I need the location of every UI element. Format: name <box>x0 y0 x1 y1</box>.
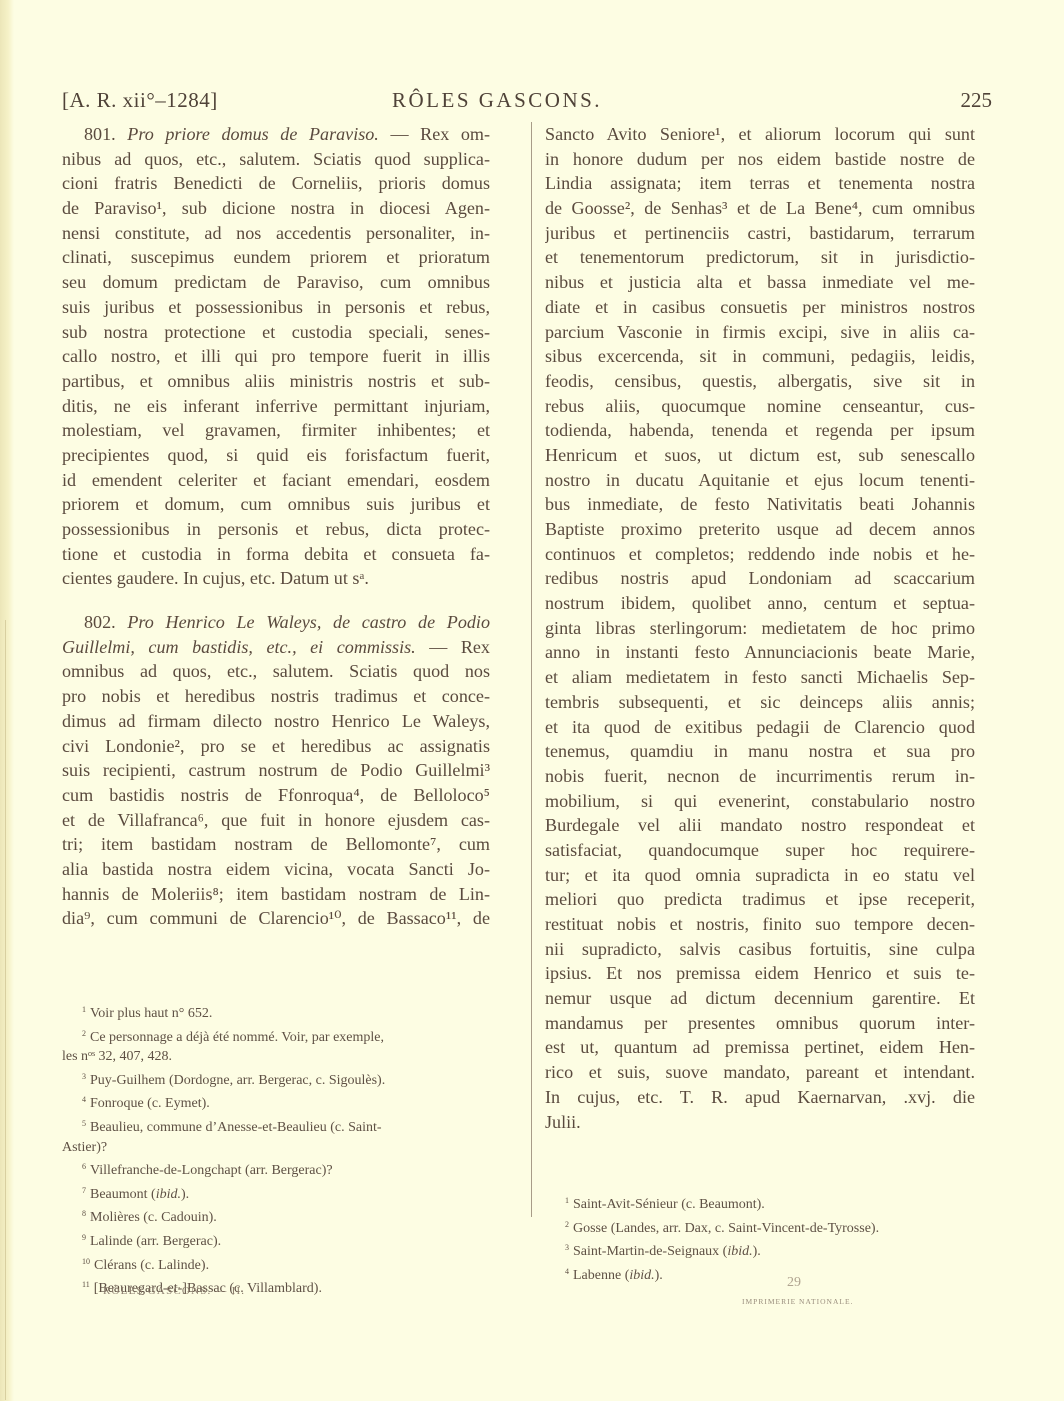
footnote-mark: 7 <box>82 1186 86 1195</box>
footnote-mark: 2 <box>82 1029 86 1038</box>
footnote-text: Lalinde (arr. Bergerac). <box>90 1234 221 1249</box>
footnote-cont: Astier)? <box>62 1138 490 1158</box>
text-line: juribus et pertinenciis castri, bastidar… <box>545 221 975 246</box>
footnote-text: Villefranche-de-Longchapt (arr. Bergerac… <box>90 1163 333 1178</box>
text-line: parcium Vasconie in firmis excipi, sive … <box>545 320 975 345</box>
text-line: nemur usque ad dictum decennium garentir… <box>545 986 975 1011</box>
text-line: dimus ad firmam dilecto nostro Henrico L… <box>62 709 490 734</box>
text-line: ginta libras sterlingorum: medietatem de… <box>545 616 975 641</box>
footnote: 8Molières (c. Cadouin). <box>62 1204 490 1228</box>
signature-mark: RÔLES GASCONS. — II. <box>103 1285 245 1297</box>
text-line: civi Londonie², pro se et heredibus ac a… <box>62 734 490 759</box>
text-line: restituat nobis et nostris, finito suo t… <box>545 912 975 937</box>
text-line: et tenementorum predictorum, sit in juri… <box>545 245 975 270</box>
text-line: tenemus, quamdiu in manu nostra et sua p… <box>545 739 975 764</box>
text-line: est ut, quantum ad premissa pertinet, ei… <box>545 1035 975 1060</box>
entry-title: Pro priore domus de Paraviso. <box>127 124 379 144</box>
footnote-text: Labenne ( <box>573 1268 629 1283</box>
text-line: nostro in ducatu Aquitanie et ejus locum… <box>545 468 975 493</box>
footnote: 3Saint-Martin-de-Seignaux (ibid.). <box>545 1238 975 1262</box>
text-line: et ita quod de exitibus pedagii de Clare… <box>545 715 975 740</box>
footnote-mark: 10 <box>82 1257 90 1266</box>
footnote-mark: 3 <box>82 1072 86 1081</box>
page-edge-shadow <box>0 0 14 1401</box>
text-line: — Rex om- <box>390 124 490 144</box>
text-line: Lindia assignata; item terras et tenemen… <box>545 171 975 196</box>
text-line: possessionibus in personis et rebus, dic… <box>62 517 490 542</box>
footnote-mark: 1 <box>82 1005 86 1014</box>
text-line: todienda, habenda, tenenda et regenda pe… <box>545 418 975 443</box>
footnote-mark: 1 <box>565 1196 569 1205</box>
footnote: 6Villefranche-de-Longchapt (arr. Bergera… <box>62 1157 490 1181</box>
footnote-text: Gosse (Landes, arr. Dax, c. Saint-Vincen… <box>573 1221 879 1236</box>
text-line: nostrum ibidem, quolibet anno, centum et… <box>545 591 975 616</box>
footnote-text: Voir plus haut n° 652. <box>90 1006 212 1021</box>
text-line: — Rex <box>429 637 490 657</box>
text-line: nobis fuerit, necnon de incurrimentis re… <box>545 764 975 789</box>
text-line: tione et custodia in forma debita et con… <box>62 542 490 567</box>
text-line: nii supradicto, salvis casibus fortuitis… <box>545 937 975 962</box>
text-line: nibus et justicia alta et bassa inmediat… <box>545 270 975 295</box>
entry-802: 802. Pro Henrico Le Waleys, de castro de… <box>62 610 490 931</box>
footnote-italic: ibid. <box>727 1244 752 1259</box>
footnote-mark: 11 <box>82 1280 90 1289</box>
text-line: Sancto Avito Seniore¹, et aliorum locoru… <box>545 122 975 147</box>
text-line: omnibus ad quos, etc., salutem. Sciatis … <box>62 659 490 684</box>
text-line: rico et suis, suove mandato, pareant et … <box>545 1060 975 1085</box>
text-line: Burdegale vel alii mandato nostro respon… <box>545 813 975 838</box>
text-line: mandamus per presentes omnibus quorum in… <box>545 1011 975 1036</box>
text-line: ditis, ne eis inferant inferrive permitt… <box>62 394 490 419</box>
text-line: tri; item bastidam nostram de Bellomonte… <box>62 832 490 857</box>
text-line: partibus, et omnibus aliis ministris nos… <box>62 369 490 394</box>
footnote: 5Beaulieu, commune d’Anesse-et-Beaulieu … <box>62 1114 490 1138</box>
entry-801: 801. Pro priore domus de Paraviso. — Rex… <box>62 122 490 591</box>
text-line: seu domum predictam de Paraviso, cum omn… <box>62 270 490 295</box>
text-line: et de Villafranca⁶, que fuit in honore e… <box>62 808 490 833</box>
text-line: In cujus, etc. T. R. apud Kaernarvan, .x… <box>545 1085 975 1110</box>
text-line: pro nobis et heredibus nostris tradimus … <box>62 684 490 709</box>
text-line: callo nostro, et illi qui pro tempore fu… <box>62 344 490 369</box>
footnote: 10Clérans (c. Lalinde). <box>62 1252 490 1276</box>
left-column: 801. Pro priore domus de Paraviso. — Rex… <box>62 122 490 931</box>
footnote-text: Beaumont ( <box>90 1187 156 1202</box>
text-line: priorem et domum, cum omnibus suis jurib… <box>62 492 490 517</box>
text-line: cum bastidis nostris de Ffonroqua⁴, de B… <box>62 783 490 808</box>
text-line: tembris subsequenti, et sic deinceps ali… <box>545 690 975 715</box>
text-line: continuos et completos; reddendo inde no… <box>545 542 975 567</box>
text-line: sub nostra protectione et custodia speci… <box>62 320 490 345</box>
footnote-text: Fonroque (c. Eymet). <box>90 1096 210 1111</box>
text-line: molestiam, vel gravamen, firmiter inhibe… <box>62 418 490 443</box>
text-line: anno in instanti festo Annunciacionis be… <box>545 640 975 665</box>
footnote-mark: 2 <box>565 1220 569 1229</box>
footnote-text: Clérans (c. Lalinde). <box>94 1258 209 1273</box>
text-line: cientes gaudere. In cujus, etc. Datum ut… <box>62 566 490 591</box>
footnote-text: Ce personnage a déjà été nommé. Voir, pa… <box>90 1030 384 1045</box>
right-column: Sancto Avito Seniore¹, et aliorum locoru… <box>545 122 975 1134</box>
footnote: 1Saint-Avit-Sénieur (c. Beaumont). <box>545 1191 975 1215</box>
footnote: 9Lalinde (arr. Bergerac). <box>62 1228 490 1252</box>
text-line: id emendent celeriter et faciant emendar… <box>62 468 490 493</box>
entry-heading: 801. Pro priore domus de Paraviso. — Rex… <box>62 122 490 147</box>
text-line: precipientes quod, si quid eis forisfact… <box>62 443 490 468</box>
text-line: rebus aliis, quocumque nomine censeantur… <box>545 394 975 419</box>
text-line: redibus nostris apud Londoniam ad scacca… <box>545 566 975 591</box>
text-line: ipsius. Et nos premissa eidem Henrico et… <box>545 961 975 986</box>
text-line: suis recipienti, castrum nostrum de Podi… <box>62 758 490 783</box>
text-line: Henricum et suos, ut dictum est, sub sen… <box>545 443 975 468</box>
text-line: in honore dudum per nos eidem bastide no… <box>545 147 975 172</box>
footnote: 3Puy-Guilhem (Dordogne, arr. Bergerac, c… <box>62 1067 490 1091</box>
text-line: sibus excercenda, sit in communi, pedagi… <box>545 344 975 369</box>
footnote-mark: 5 <box>82 1119 86 1128</box>
footnotes-right: 1Saint-Avit-Sénieur (c. Beaumont). 2Goss… <box>545 1191 975 1285</box>
footnote: 7Beaumont (ibid.). <box>62 1181 490 1205</box>
entry-title: Pro Henrico Le Waleys, de castro de Podi… <box>127 612 490 632</box>
text-line: bus inmediate, de festo Nativitatis beat… <box>545 492 975 517</box>
text-line: alia bastida nostra eidem vicina, vocata… <box>62 857 490 882</box>
entry-heading-cont: Guillelmi, cum bastidis, etc., ei commis… <box>62 635 490 660</box>
footnote-text: Saint-Avit-Sénieur (c. Beaumont). <box>573 1197 765 1212</box>
footnote: 1Voir plus haut n° 652. <box>62 1000 490 1024</box>
text-line: hannis de Moleriis⁸; item bastidam nostr… <box>62 882 490 907</box>
footnote: 2Gosse (Landes, arr. Dax, c. Saint-Vince… <box>545 1215 975 1239</box>
footnote-text: ). <box>753 1244 761 1259</box>
footnote-text: Beaulieu, commune d’Anesse-et-Beaulieu (… <box>90 1120 382 1135</box>
footnote-mark: 6 <box>82 1162 86 1171</box>
footnote-mark: 9 <box>82 1233 86 1242</box>
text-line: dia⁹, cum communi de Clarencio¹⁰, de Bas… <box>62 906 490 931</box>
text-line: et aliam medietatem in festo sancti Mich… <box>545 665 975 690</box>
footnote-italic: ibid. <box>629 1268 654 1283</box>
text-line: tur; et ita quod omnia supradicta in eo … <box>545 863 975 888</box>
text-line: satisfaciat, quandocumque super hoc requ… <box>545 838 975 863</box>
text-line: de Paraviso¹, sub dicione nostra in dioc… <box>62 196 490 221</box>
footnote: 4Fonroque (c. Eymet). <box>62 1090 490 1114</box>
binding-line <box>5 620 6 1400</box>
entry-gap <box>62 591 490 610</box>
header-title: RÔLES GASCONS. <box>392 88 602 113</box>
footnote-italic: ibid. <box>156 1187 181 1202</box>
footnote-mark: 8 <box>82 1209 86 1218</box>
text-line: mobilium, si qui evenerint, constabulari… <box>545 789 975 814</box>
text-line: cioni fratris Benedicti de Corneliis, pr… <box>62 171 490 196</box>
footnotes-left: 1Voir plus haut n° 652. 2Ce personnage a… <box>62 1000 490 1299</box>
footnote-mark: 4 <box>82 1095 86 1104</box>
text-line: nibus ad quos, etc., salutem. Sciatis qu… <box>62 147 490 172</box>
footnote-text: ). <box>181 1187 189 1202</box>
footnote: 2Ce personnage a déjà été nommé. Voir, p… <box>62 1024 490 1048</box>
footnote-text: Molières (c. Cadouin). <box>90 1210 217 1225</box>
sheet-number: 29 <box>787 1275 801 1291</box>
text-line: de Goosse², de Senhas³ et de La Bene⁴, c… <box>545 196 975 221</box>
footnote-cont: les nᵒˢ 32, 407, 428. <box>62 1047 490 1067</box>
column-divider <box>531 122 532 1217</box>
footnote-mark: 3 <box>565 1243 569 1252</box>
text-line: Baptiste proximo preterito usque ad dece… <box>545 517 975 542</box>
entry-title-cont: Guillelmi, cum bastidis, etc., ei commis… <box>62 637 416 657</box>
header-regnal-year: [A. R. xii°–1284] <box>62 88 218 113</box>
entry-number: 802. <box>84 612 116 632</box>
footnote: 4Labenne (ibid.). <box>545 1262 975 1286</box>
footnote-text: Puy-Guilhem (Dordogne, arr. Bergerac, c.… <box>90 1073 385 1088</box>
page-number: 225 <box>961 88 993 113</box>
entry-number: 801. <box>84 124 116 144</box>
footnote-mark: 4 <box>565 1267 569 1276</box>
text-line: suis juribus et possessionibus in person… <box>62 295 490 320</box>
text-line: clinati, suscepimus eundem priorem et pr… <box>62 245 490 270</box>
running-header: [A. R. xii°–1284] RÔLES GASCONS. 225 <box>62 88 992 118</box>
text-line: feodis, censibus, questis, albergatis, s… <box>545 369 975 394</box>
printer-imprint: IMPRIMERIE NATIONALE. <box>742 1297 853 1306</box>
footnote-text: Saint-Martin-de-Seignaux ( <box>573 1244 727 1259</box>
text-line: diate et in casibus consuetis per minist… <box>545 295 975 320</box>
text-line: nensi constitute, ad nos accedentis pers… <box>62 221 490 246</box>
entry-heading: 802. Pro Henrico Le Waleys, de castro de… <box>62 610 490 635</box>
text-line: Julii. <box>545 1110 975 1135</box>
footnote-text: ). <box>655 1268 663 1283</box>
text-line: meliori quo predicta tradimus et ipse re… <box>545 887 975 912</box>
